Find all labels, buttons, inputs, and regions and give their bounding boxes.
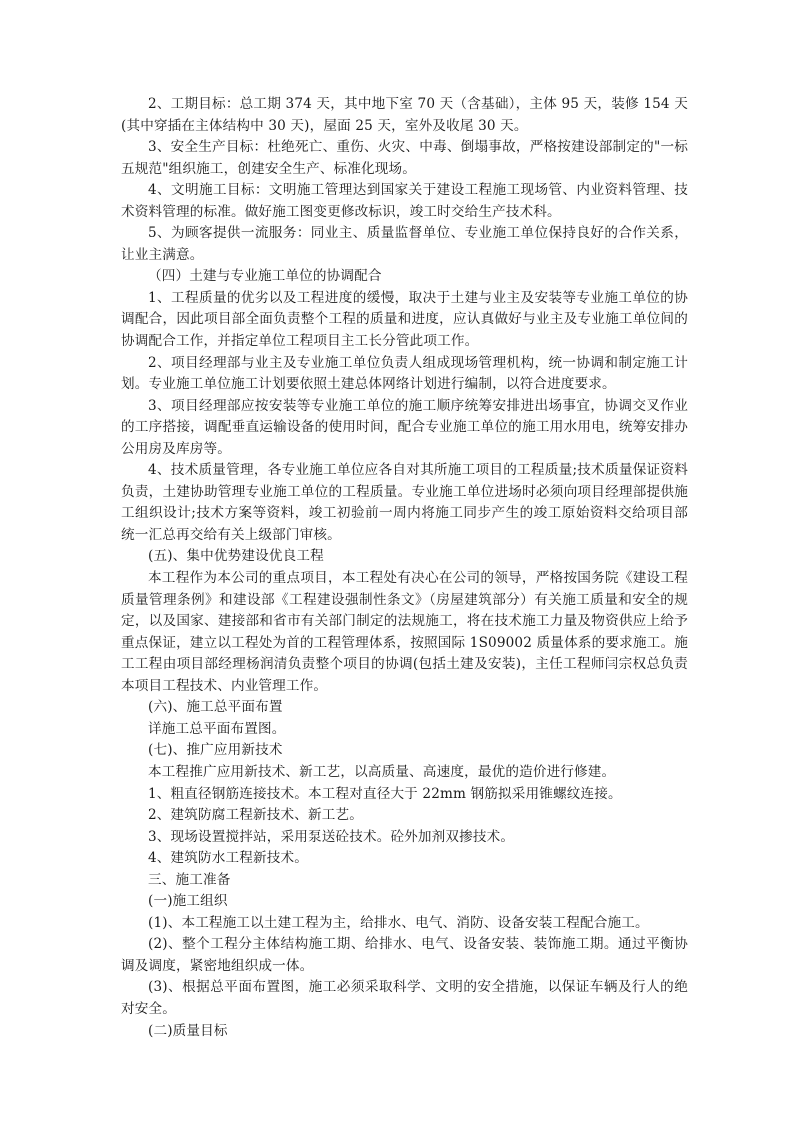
paragraph-coordination-1: 1、工程质量的优劣以及工程进度的缓慢，取决于土建与业主及安装等专业施工单位的协调… [121, 288, 688, 353]
section-heading-organization: (一)施工组织 [121, 891, 688, 913]
paragraph-new-tech-2: 2、建筑防腐工程新技术、新工艺。 [121, 805, 688, 827]
paragraph-organization-1: (1)、本工程施工以土建工程为主，给排水、电气、消防、设备安装工程配合施工。 [121, 913, 688, 935]
paragraph-safety-goal: 3、安全生产目标：杜绝死亡、重伤、火灾、中毒、倒塌事故，严格按建设部制定的"一标… [121, 137, 688, 180]
paragraph-site-layout: 详施工总平面布置图。 [121, 719, 688, 741]
paragraph-new-tech-1: 1、粗直径钢筋连接技术。本工程对直径大于 22mm 钢筋拟采用锥螺纹连接。 [121, 784, 688, 806]
paragraph-organization-3: (3)、根据总平面布置图，施工必须采取科学、文明的安全措施，以保证车辆及行人的绝… [121, 977, 688, 1020]
section-heading-coordination: （四）土建与专业施工单位的协调配合 [121, 266, 688, 288]
section-heading-quality-goal: (二)质量目标 [121, 1021, 688, 1043]
paragraph-organization-2: (2)、整个工程分主体结构施工期、给排水、电气、设备安装、装饰施工期。通过平衡协… [121, 934, 688, 977]
paragraph-new-tech-4: 4、建筑防水工程新技术。 [121, 848, 688, 870]
paragraph-customer-service-goal: 5、为顾客提供一流服务：同业主、质量监督单位、专业施工单位保持良好的合作关系，让… [121, 223, 688, 266]
chapter-heading-preparation: 三、施工准备 [121, 870, 688, 892]
paragraph-schedule-goal: 2、工期目标：总工期 374 天，其中地下室 70 天（含基础），主体 95 天… [121, 94, 688, 137]
document-page: 2、工期目标：总工期 374 天，其中地下室 70 天（含基础），主体 95 天… [121, 94, 688, 1042]
section-heading-new-tech: (七)、推广应用新技术 [121, 740, 688, 762]
paragraph-new-tech-intro: 本工程推广应用新技术、新工艺，以高质量、高速度，最优的造价进行修建。 [121, 762, 688, 784]
paragraph-coordination-3: 3、项目经理部应按安装等专业施工单位的施工顺序统筹安排进出场事宜，协调交叉作业的… [121, 396, 688, 461]
paragraph-new-tech-3: 3、现场设置搅拌站，采用泵送砼技术。砼外加剂双掺技术。 [121, 827, 688, 849]
section-heading-site-layout: (六)、施工总平面布置 [121, 697, 688, 719]
paragraph-coordination-2: 2、项目经理部与业主及专业施工单位负责人组成现场管理机构，统一协调和制定施工计划… [121, 353, 688, 396]
paragraph-civilized-construction-goal: 4、文明施工目标：文明施工管理达到国家关于建设工程施工现场管、内业资料管理、技术… [121, 180, 688, 223]
paragraph-coordination-4: 4、技术质量管理，各专业施工单位应各自对其所施工项目的工程质量;技术质量保证资料… [121, 460, 688, 546]
paragraph-quality-project: 本工程作为本公司的重点项目，本工程处有决心在公司的领导，严格按国务院《建设工程质… [121, 568, 688, 697]
section-heading-quality-project: (五)、集中优势建设优良工程 [121, 546, 688, 568]
